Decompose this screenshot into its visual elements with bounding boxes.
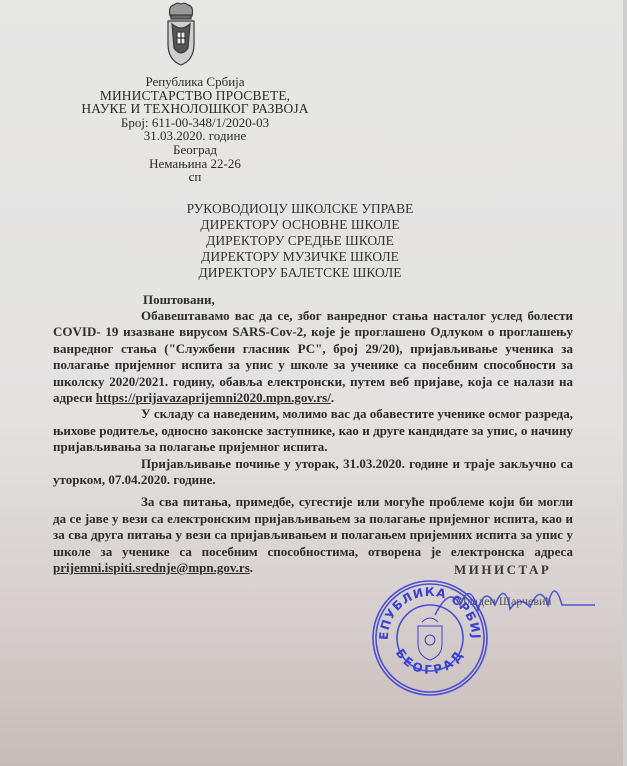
recipient: ДИРЕКТОРУ ОСНОВНЕ ШКОЛЕ xyxy=(150,217,450,233)
recipient: ДИРЕКТОРУ БАЛЕТСКЕ ШКОЛЕ xyxy=(150,265,450,281)
recipient: РУКОВОДИОЦУ ШКОЛСКЕ УПРАВЕ xyxy=(150,201,450,217)
paragraph-1: Обавештавамо вас да се, због ванредног с… xyxy=(53,308,573,406)
greeting: Поштовани, xyxy=(143,292,215,308)
letter-body: Обавештавамо вас да се, због ванредног с… xyxy=(53,308,573,577)
letterhead: Република Србија МИНИСТАРСТВО ПРОСВЕТЕ, … xyxy=(75,75,315,184)
ministry-name-line1: МИНИСТАРСТВО ПРОСВЕТЕ, xyxy=(75,89,315,103)
ministry-name-line2: НАУКЕ И ТЕХНОЛОШКОГ РАЗВОЈА xyxy=(75,102,315,116)
scanned-letter: Република Србија МИНИСТАРСТВО ПРОСВЕТЕ, … xyxy=(0,0,627,766)
paragraph-3: Пријављивање почиње у уторак, 31.03.2020… xyxy=(53,456,573,489)
paragraph-2: У складу са наведеним, молимо вас да оба… xyxy=(53,406,573,455)
signature-icon xyxy=(430,575,600,625)
contact-email-link[interactable]: prijemni.ispiti.srednje@mpn.gov.rs xyxy=(53,560,250,575)
page-edge xyxy=(623,0,627,766)
recipient: ДИРЕКТОРУ МУЗИЧКЕ ШКОЛЕ xyxy=(150,249,450,265)
registration-link[interactable]: https://prijavazaprijemni2020.mpn.gov.rs… xyxy=(96,390,331,405)
recipient: ДИРЕКТОРУ СРЕДЊЕ ШКОЛЕ xyxy=(150,233,450,249)
recipients: РУКОВОДИОЦУ ШКОЛСКЕ УПРАВЕ ДИРЕКТОРУ ОСН… xyxy=(150,201,450,281)
coat-of-arms-icon xyxy=(162,2,200,68)
document-date: 31.03.2020. године xyxy=(75,129,315,143)
address: Немањина 22-26 xyxy=(75,157,315,171)
initials: сп xyxy=(75,170,315,184)
reference-number: Број: 611-00-348/1/2020-03 xyxy=(75,116,315,130)
country-name: Република Србија xyxy=(75,75,315,89)
svg-text:БЕОГРАД: БЕОГРАД xyxy=(393,646,467,677)
city: Београд xyxy=(75,143,315,157)
